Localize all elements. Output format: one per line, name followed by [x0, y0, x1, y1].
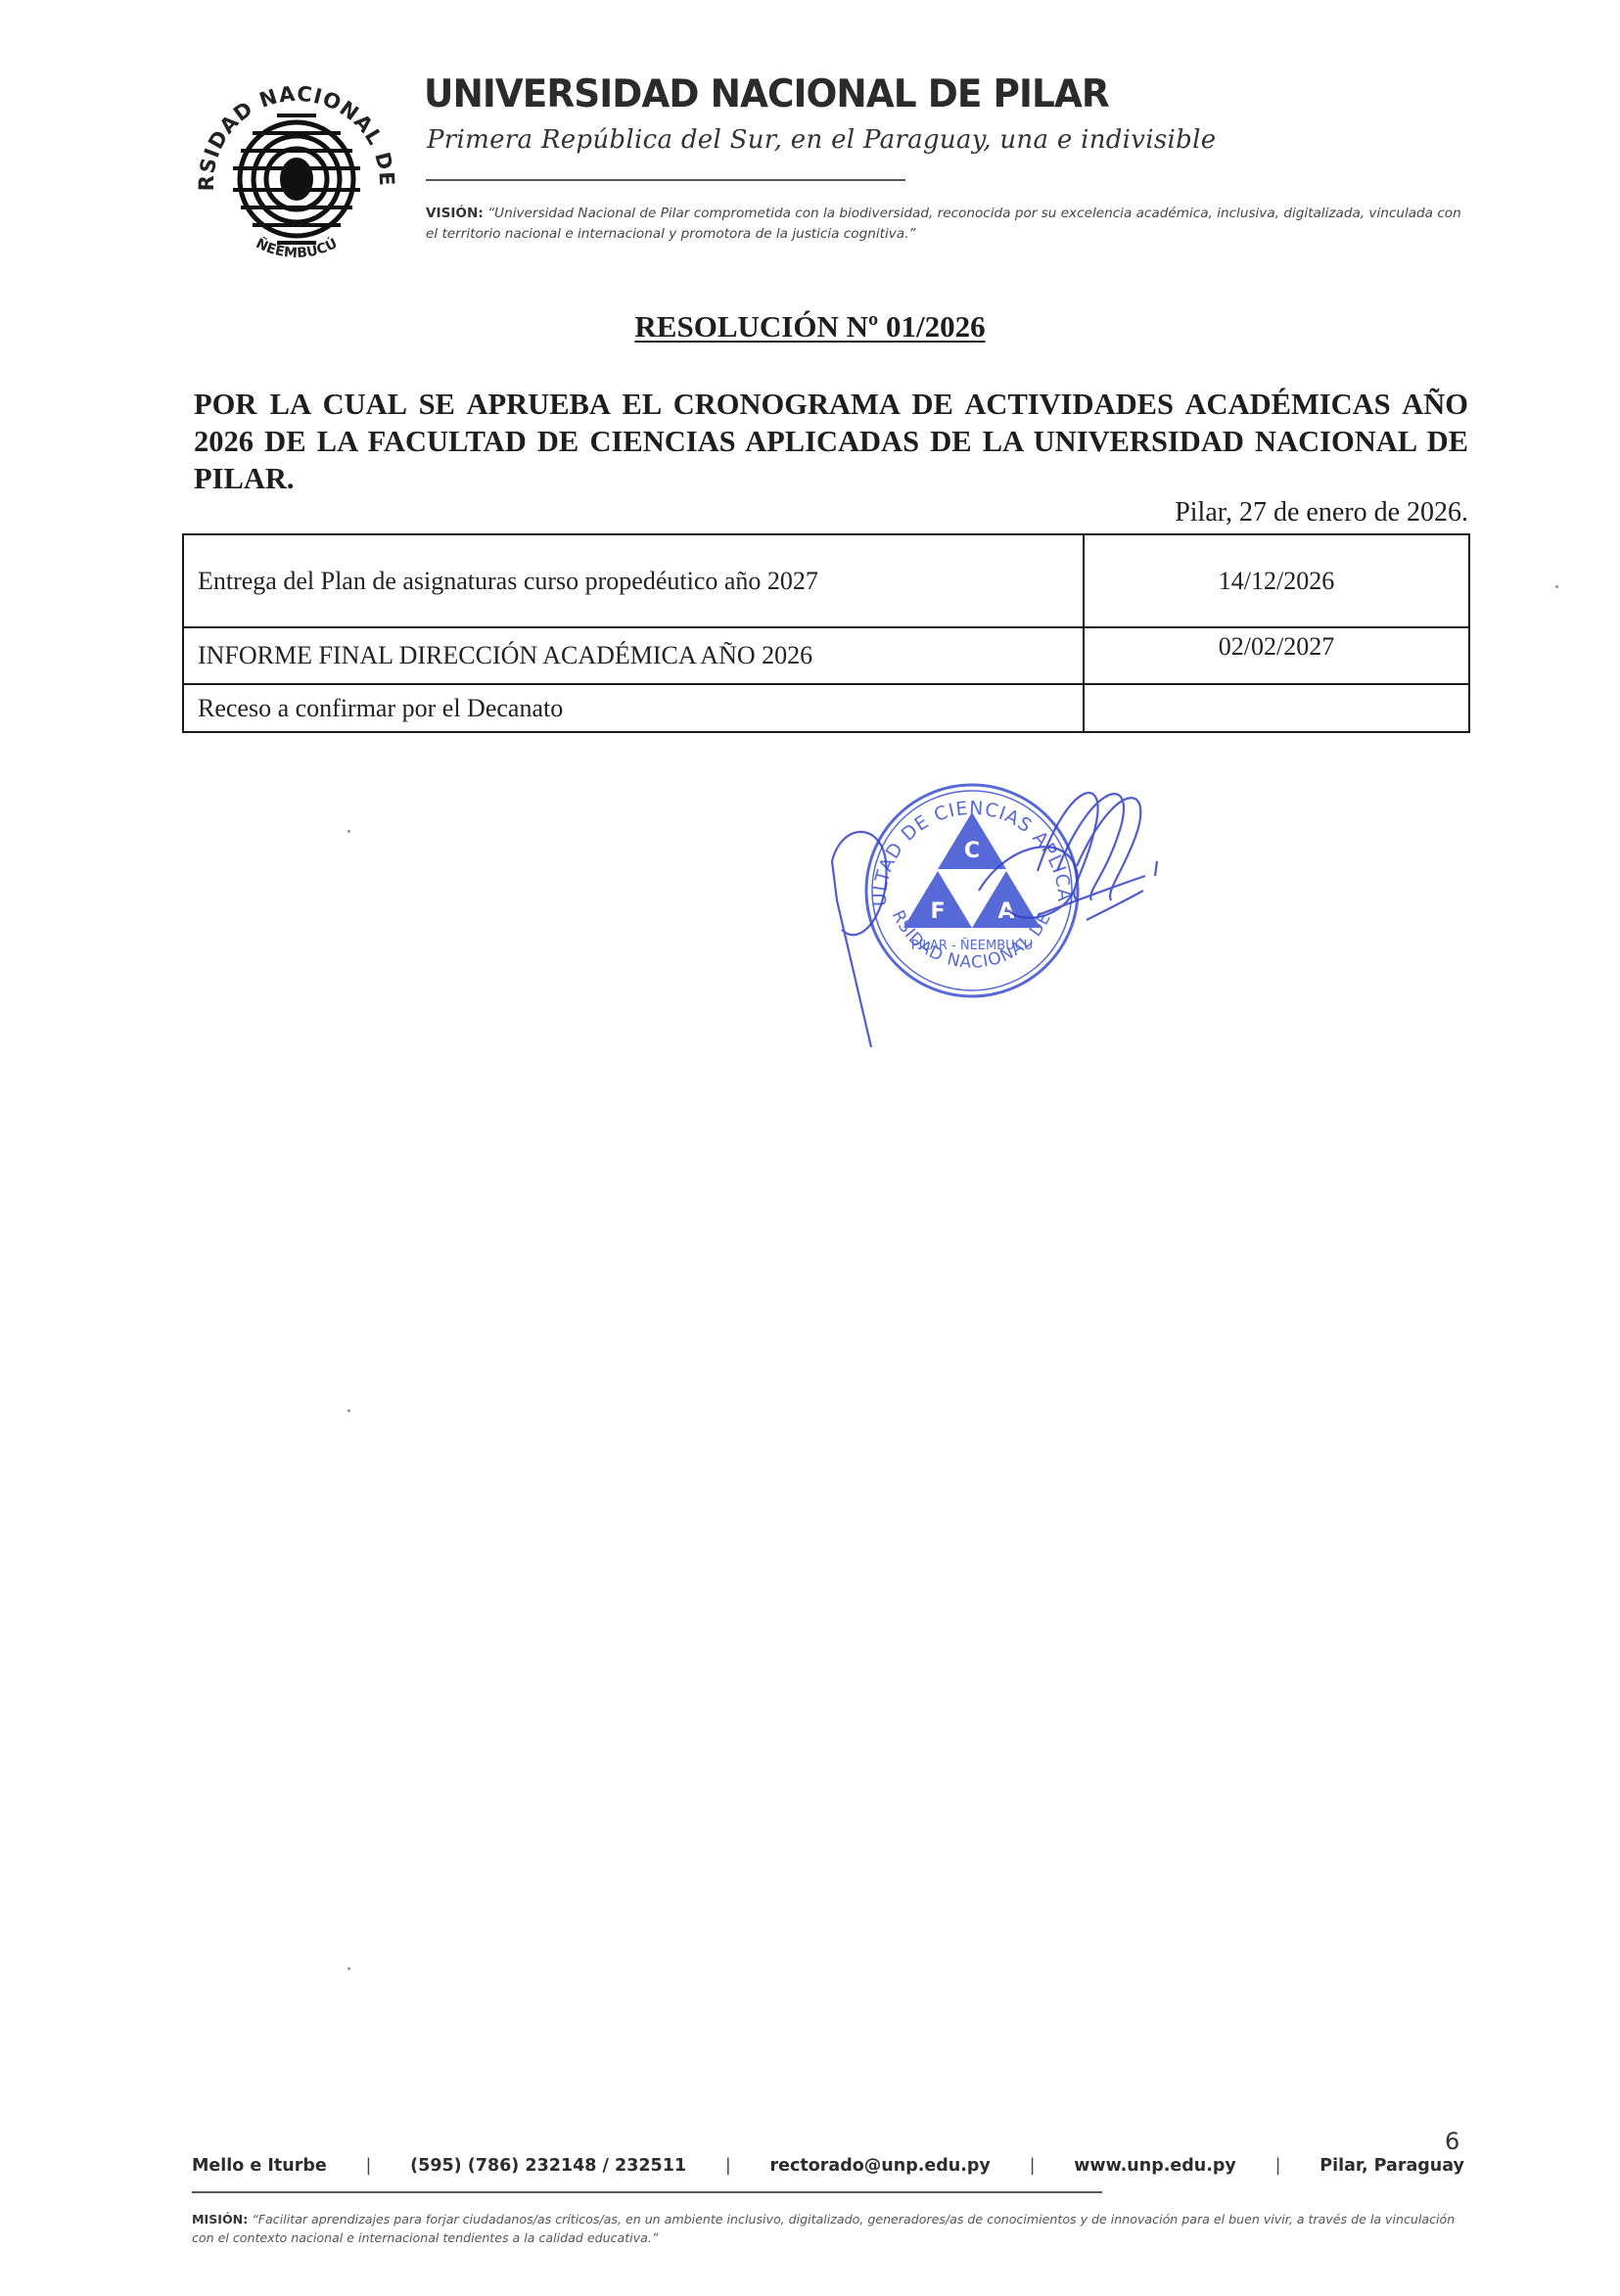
separator: | [365, 2156, 371, 2176]
table-row: INFORME FINAL DIRECCIÓN ACADÉMICA AÑO 20… [183, 627, 1469, 684]
mission-label: MISIÓN: [192, 2212, 248, 2227]
table-row: Entrega del Plan de asignaturas curso pr… [183, 534, 1469, 627]
place-and-date: Pilar, 27 de enero de 2026. [1175, 497, 1468, 528]
faculty-stamp-icon: FACULTAD DE CIENCIAS APLICADAS UNIVERSID… [812, 754, 1204, 1047]
scan-artifact [347, 830, 350, 833]
date-cell: 14/12/2026 [1084, 534, 1469, 627]
activity-cell: Entrega del Plan de asignaturas curso pr… [183, 534, 1084, 627]
svg-text:PILAR - ÑEEMBUCU: PILAR - ÑEEMBUCU [911, 938, 1034, 953]
activity-cell: Receso a confirmar por el Decanato [183, 684, 1084, 732]
mission-text: “Facilitar aprendizajes para forjar ciud… [192, 2212, 1455, 2245]
svg-text:A: A [997, 899, 1014, 924]
vision-statement: VISIÓN: “Universidad Nacional de Pilar c… [426, 204, 1473, 245]
email-link[interactable]: rectorado@unp.edu.py [770, 2156, 991, 2176]
mission-statement: MISIÓN: “Facilitar aprendizajes para for… [192, 2210, 1464, 2247]
activity-cell: INFORME FINAL DIRECCIÓN ACADÉMICA AÑO 20… [183, 627, 1084, 684]
scan-artifact [347, 1967, 350, 1970]
schedule-table: Entrega del Plan de asignaturas curso pr… [182, 533, 1470, 733]
vision-label: VISIÓN: [426, 206, 484, 221]
separator: | [725, 2156, 731, 2176]
website-link[interactable]: www.unp.edu.py [1074, 2156, 1236, 2176]
date-cell: 02/02/2027 [1084, 627, 1469, 684]
date-cell [1084, 684, 1469, 732]
university-seal-icon: UNIVERSIDAD NACIONAL DE PILAR ÑEEMBUCÚ [184, 67, 409, 272]
address: Mello e Iturbe [192, 2156, 327, 2176]
separator: | [1030, 2156, 1036, 2176]
resolution-subject: POR LA CUAL SE APRUEBA EL CRONOGRAMA DE … [194, 386, 1468, 497]
location: Pilar, Paraguay [1319, 2156, 1464, 2176]
scan-artifact [1555, 585, 1558, 588]
vision-text: “Universidad Nacional de Pilar compromet… [426, 206, 1461, 242]
table-row: Receso a confirmar por el Decanato [183, 684, 1469, 732]
university-motto: Primera República del Sur, en el Paragua… [427, 125, 1216, 155]
scan-artifact [347, 1409, 350, 1412]
resolution-title: RESOLUCIÓN Nº 01/2026 [0, 309, 1620, 344]
separator: | [1275, 2156, 1281, 2176]
svg-text:C: C [964, 839, 980, 863]
header-divider [426, 179, 905, 181]
university-name: UNIVERSIDAD NACIONAL DE PILAR [424, 72, 1109, 116]
footer-divider [192, 2191, 1102, 2193]
phone: (595) (786) 232148 / 232511 [410, 2156, 686, 2176]
contact-bar: Mello e Iturbe | (595) (786) 232148 / 23… [192, 2156, 1464, 2176]
svg-text:F: F [930, 899, 945, 924]
page-number: 6 [1445, 2128, 1459, 2155]
